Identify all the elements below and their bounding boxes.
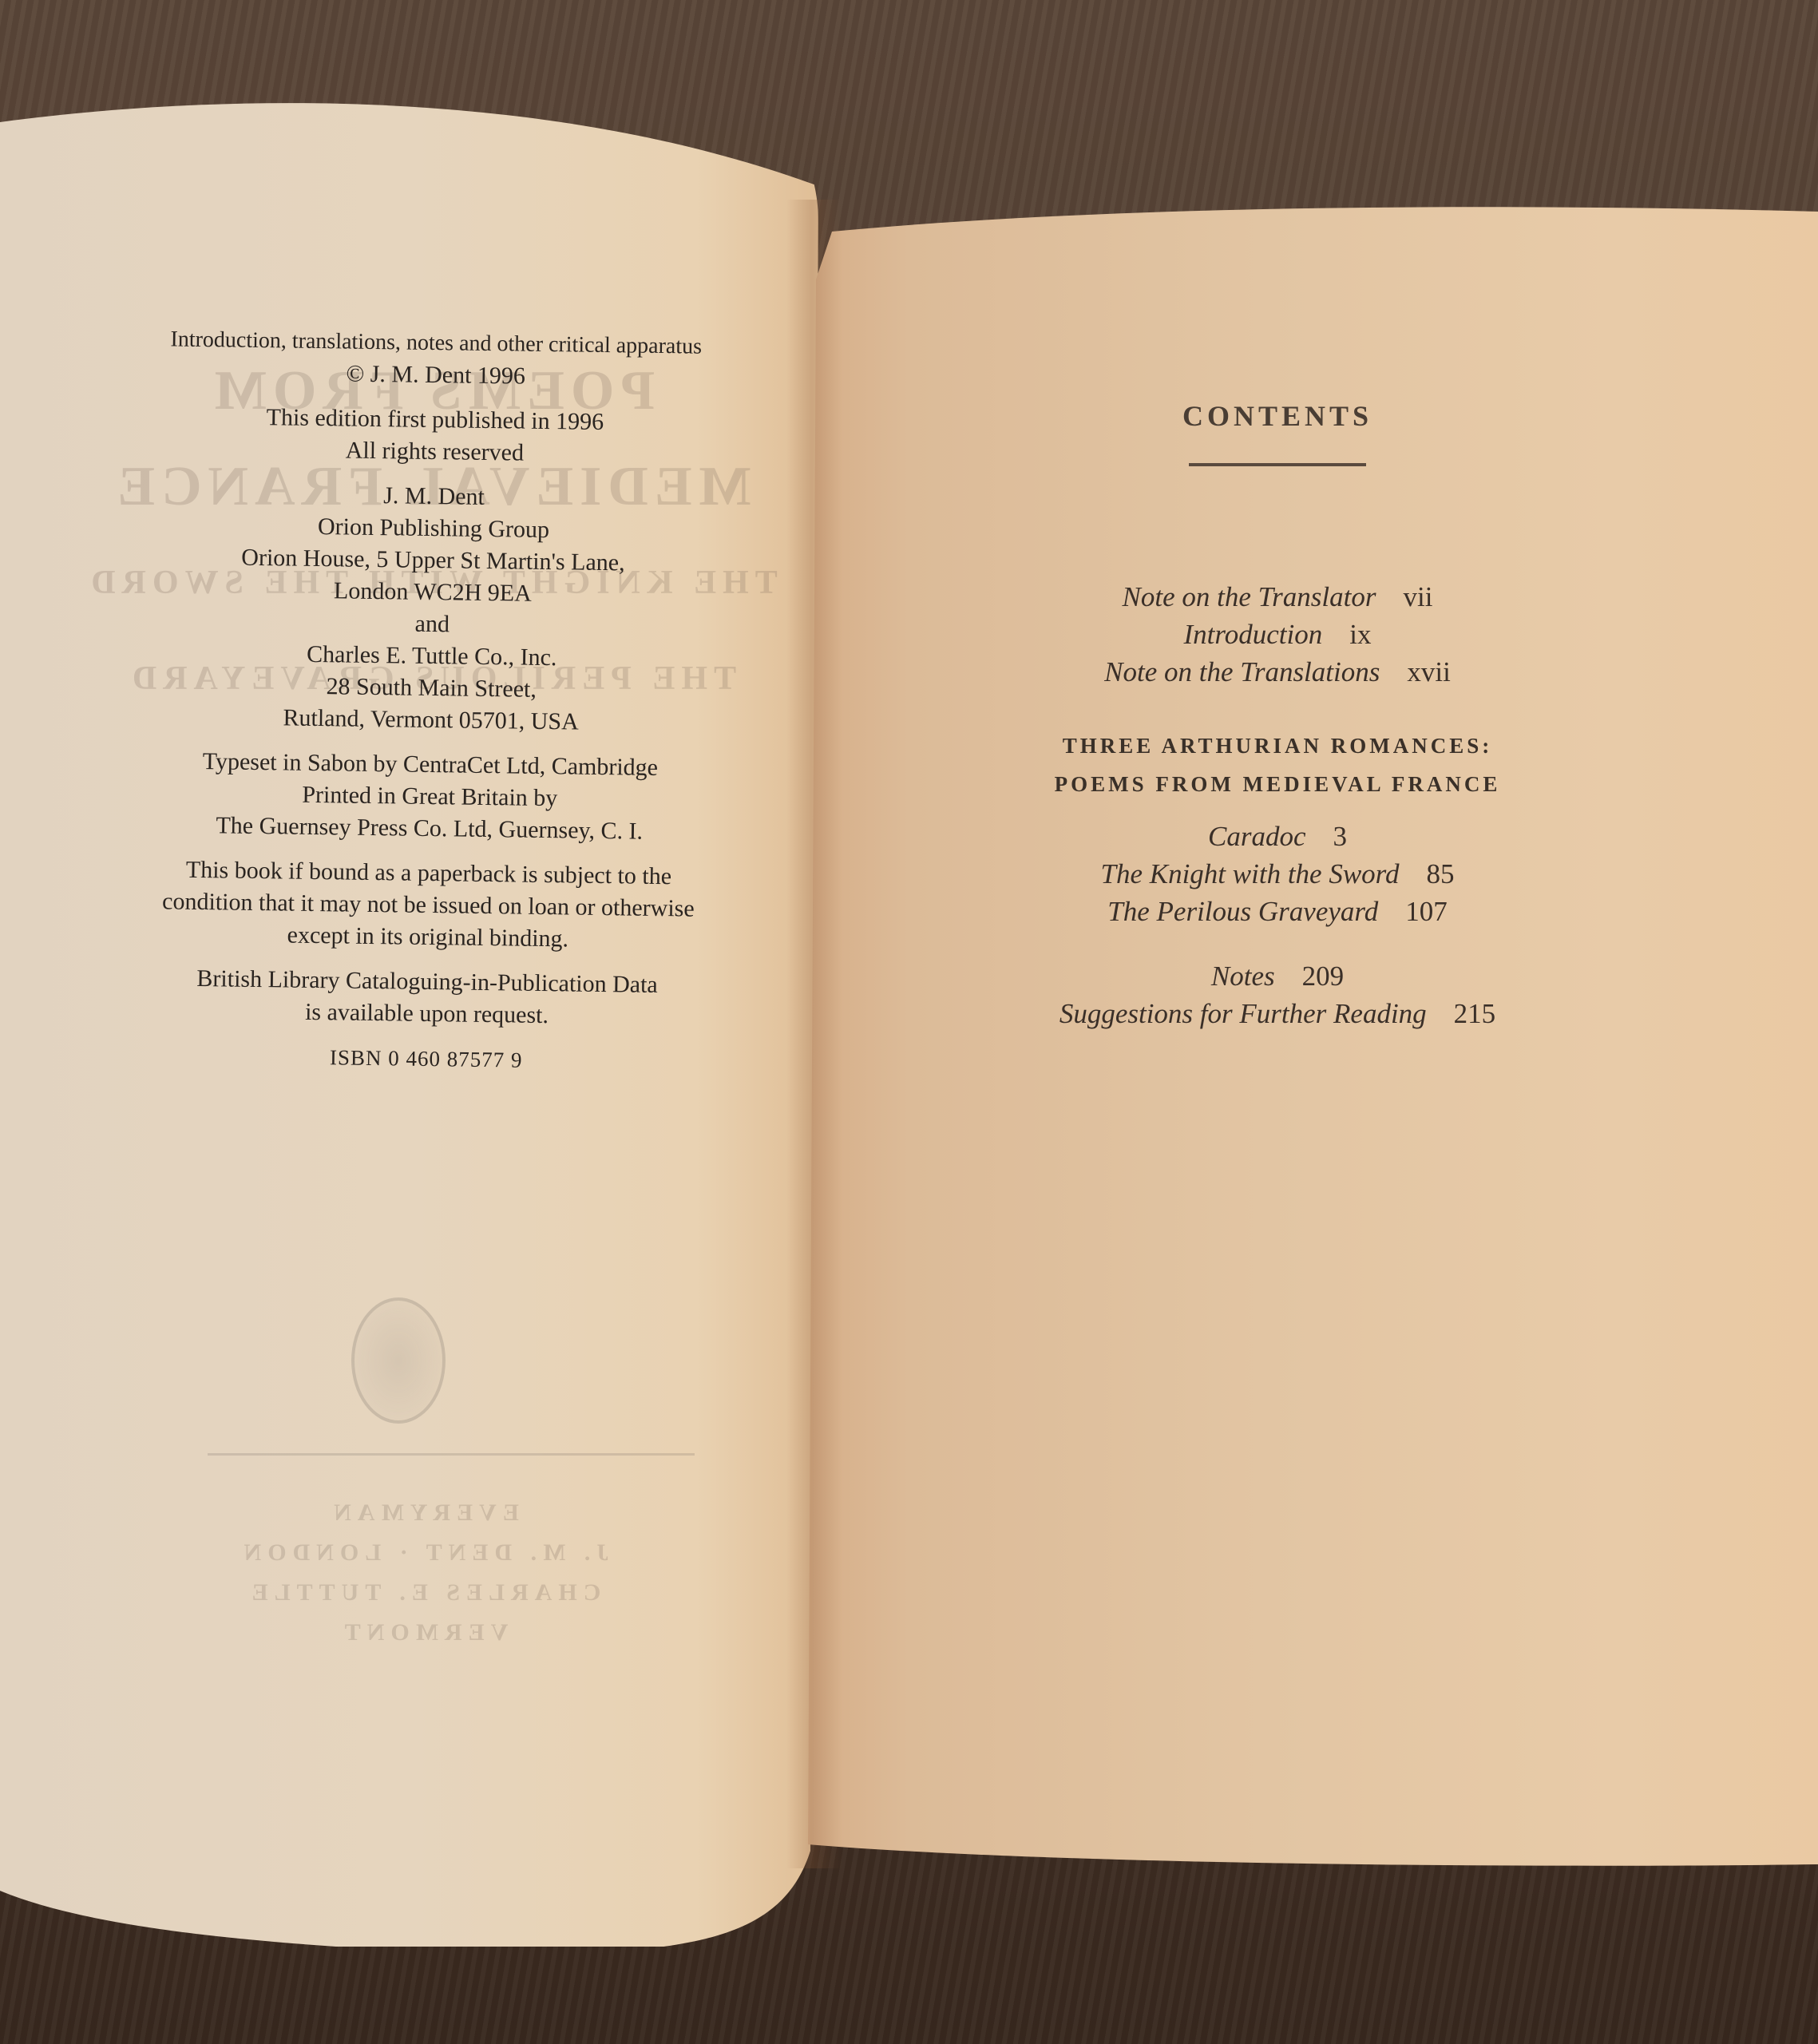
bleed-line: EVERYMAN [200,1493,647,1533]
contents-page: CONTENTS Note on the Translatorvii Intro… [998,399,1557,1032]
toc-entry: Note on the Translationsxvii [998,653,1557,691]
bleed-line: CHARLES E. TUTTLE [200,1573,647,1613]
toc-page: 3 [1333,821,1348,852]
bleed-through-rule [208,1453,695,1456]
contents-heading: CONTENTS [998,399,1557,433]
bleed-through-footer: EVERYMAN J. M. DENT · LONDON CHARLES E. … [200,1493,647,1653]
section-heading: THREE ARTHURIAN ROMANCES: POEMS FROM MED… [998,727,1557,803]
bleed-line: VERMONT [200,1613,647,1653]
cip-notice: British Library Cataloguing-in-Publicati… [91,961,762,1035]
toc-title: Introduction [1184,619,1323,650]
back-matter-list: Notes209 Suggestions for Further Reading… [998,957,1557,1032]
copyright-imprint: Introduction, translations, notes and ot… [91,323,772,1079]
binding-condition: This book if bound as a paperback is sub… [93,853,765,958]
toc-title: Caradoc [1208,821,1306,852]
toc-page: vii [1404,581,1433,612]
toc-title: Note on the Translations [1104,656,1380,687]
toc-title: The Knight with the Sword [1100,858,1399,889]
toc-title: Suggestions for Further Reading [1060,998,1427,1029]
bleed-line: J. M. DENT · LONDON [200,1533,647,1573]
edition-notice: This edition first published in 1996 All… [99,399,770,473]
toc-page: 85 [1427,858,1455,889]
front-matter-list: Note on the Translatorvii Introductionix… [998,578,1557,691]
heading-rule [1189,463,1366,466]
toc-page: 209 [1302,961,1345,992]
toc-entry: Notes209 [998,957,1557,995]
section-heading-line: POEMS FROM MEDIEVAL FRANCE [998,765,1557,803]
toc-page: 215 [1454,998,1496,1029]
toc-page: 107 [1405,896,1448,927]
toc-title: Notes [1211,961,1275,992]
publisher-addresses: J. M. Dent Orion Publishing Group Orion … [95,476,769,741]
toc-entry: Introductionix [998,616,1557,653]
toc-page: xvii [1407,656,1450,687]
romances-list: Caradoc3 The Knight with the Sword85 The… [998,818,1557,930]
printer-notice: Typeset in Sabon by CentraCet Ltd, Cambr… [94,744,766,850]
toc-entry: Note on the Translatorvii [998,578,1557,616]
book-gutter [786,200,842,1868]
toc-title: Note on the Translator [1123,581,1376,612]
toc-entry: Caradoc3 [998,818,1557,855]
everyman-emblem-icon [351,1297,446,1424]
toc-entry: The Perilous Graveyard107 [998,893,1557,930]
copyright-notice: Introduction, translations, notes and ot… [100,323,771,396]
toc-page: ix [1349,619,1371,650]
section-heading-line: THREE ARTHURIAN ROMANCES: [998,727,1557,765]
toc-title: The Perilous Graveyard [1107,896,1378,927]
toc-entry: Suggestions for Further Reading215 [998,995,1557,1032]
toc-entry: The Knight with the Sword85 [998,855,1557,893]
